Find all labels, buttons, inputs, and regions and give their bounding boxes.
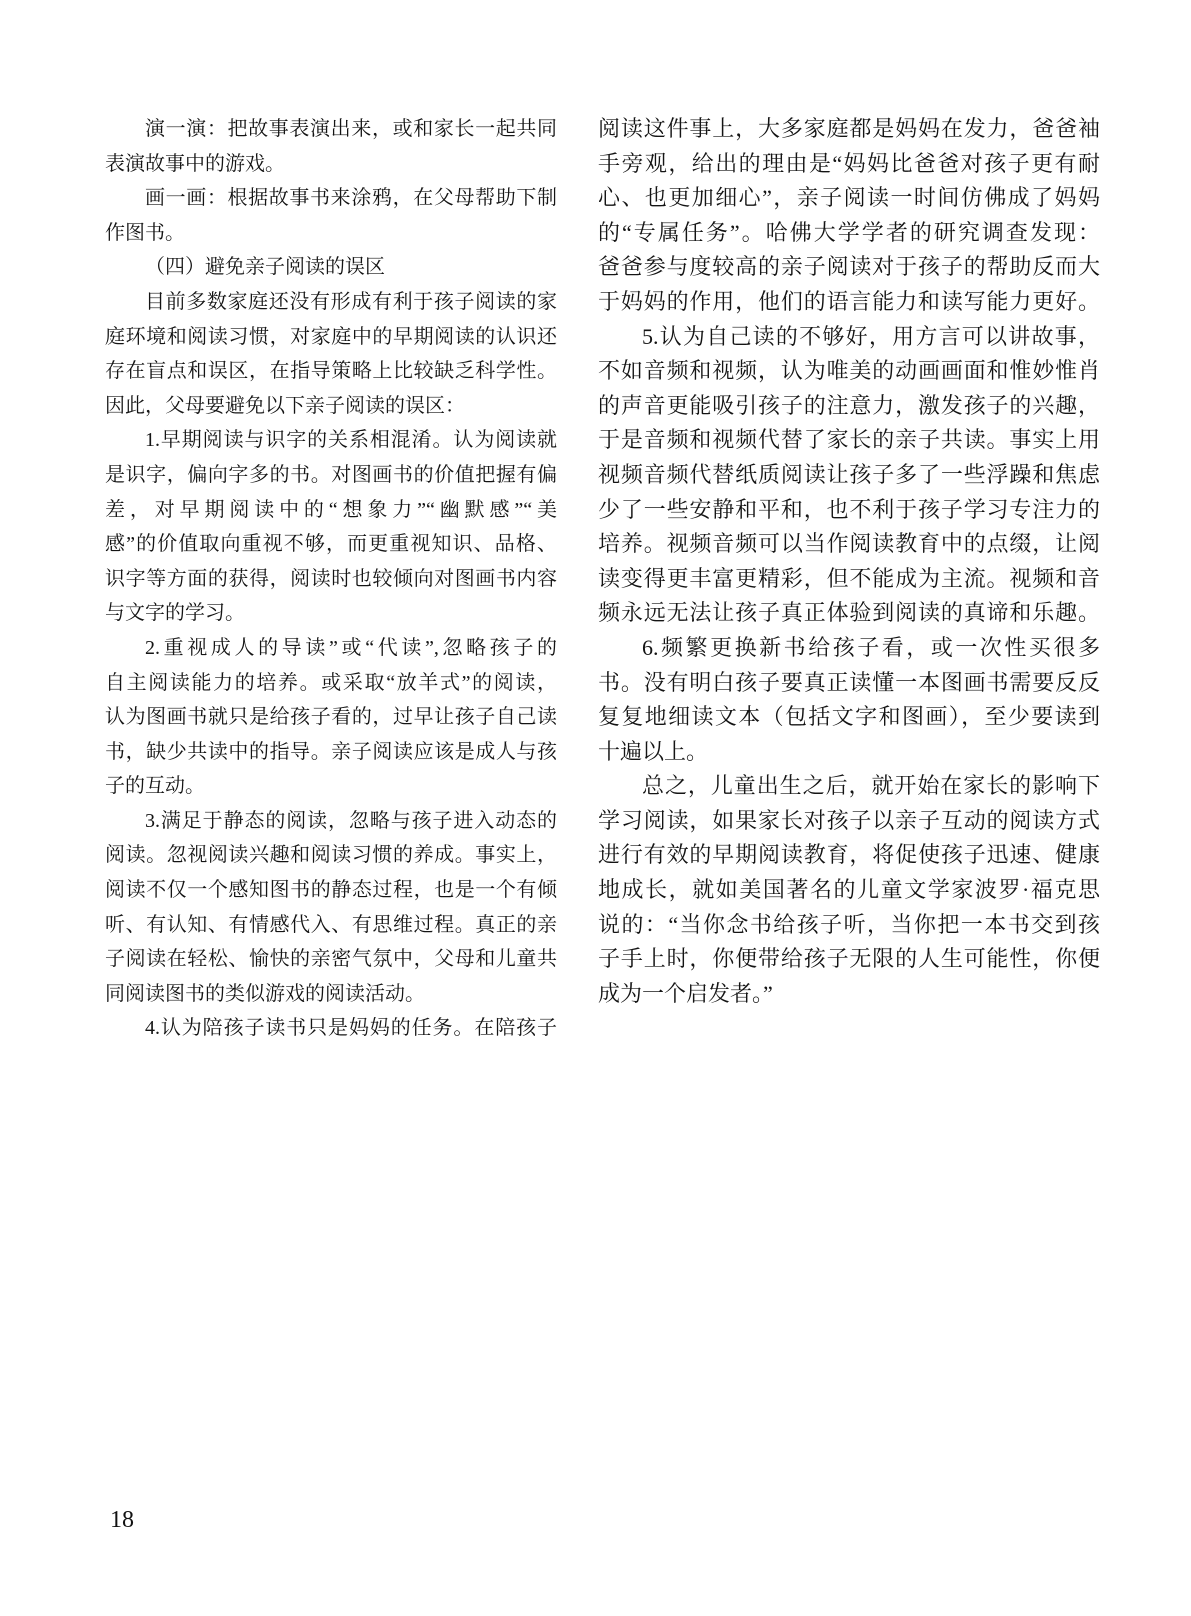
text-line: 差，对早期阅读中的“想象力”“幽默感”“美 [105,493,557,528]
text-line: 总之，儿童出生之后，就开始在家长的影响下 [598,769,1100,804]
text-line: 爸爸参与度较高的亲子阅读对于孩子的帮助反而大 [598,250,1100,285]
text-line: 听、有认知、有情感代入、有思维过程。真正的亲 [105,908,557,943]
text-column-left: 演一演：把故事表演出来，或和家长一起共同表演故事中的游戏。画一画：根据故事书来涂… [105,112,557,1046]
text-line: 频永远无法让孩子真正体验到阅读的真谛和乐趣。 [598,596,1100,631]
text-line: 因此，父母要避免以下亲子阅读的误区： [105,389,557,424]
text-line: 少了一些安静和平和，也不利于孩子学习专注力的 [598,493,1100,528]
text-column-right: 阅读这件事上，大多家庭都是妈妈在发力，爸爸袖手旁观，给出的理由是“妈妈比爸爸对孩… [598,112,1100,1011]
text-line: 1.早期阅读与识字的关系相混淆。认为阅读就 [105,423,557,458]
text-line: 画一画：根据故事书来涂鸦，在父母帮助下制 [105,181,557,216]
text-line: 存在盲点和误区，在指导策略上比较缺乏科学性。 [105,354,557,389]
text-line: 3.满足于静态的阅读，忽略与孩子进入动态的 [105,804,557,839]
text-line: 演一演：把故事表演出来，或和家长一起共同 [105,112,557,147]
text-line: 十遍以上。 [598,735,1100,770]
text-line: 进行有效的早期阅读教育，将促使孩子迅速、健康 [598,838,1100,873]
text-line: 庭环境和阅读习惯，对家庭中的早期阅读的认识还 [105,320,557,355]
text-line: 子手上时，你便带给孩子无限的人生可能性，你便 [598,942,1100,977]
text-line: 培养。视频音频可以当作阅读教育中的点缀，让阅 [598,527,1100,562]
text-line: 6.频繁更换新书给孩子看，或一次性买很多 [598,631,1100,666]
text-line: 阅读这件事上，大多家庭都是妈妈在发力，爸爸袖 [598,112,1100,147]
text-line: 目前多数家庭还没有形成有利于孩子阅读的家 [105,285,557,320]
text-line: 4.认为陪孩子读书只是妈妈的任务。在陪孩子 [105,1011,557,1046]
document-page: 演一演：把故事表演出来，或和家长一起共同表演故事中的游戏。画一画：根据故事书来涂… [0,0,1191,1616]
text-line: 自主阅读能力的培养。或采取“放羊式”的阅读， [105,666,557,701]
text-line: 阅读不仅一个感知图书的静态过程，也是一个有倾 [105,873,557,908]
text-line: 子阅读在轻松、愉快的亲密气氛中，父母和儿童共 [105,942,557,977]
text-line: 同阅读图书的类似游戏的阅读活动。 [105,977,557,1012]
text-line: 是识字，偏向字多的书。对图画书的价值把握有偏 [105,458,557,493]
text-line: 子的互动。 [105,769,557,804]
text-line: 不如音频和视频，认为唯美的动画画面和惟妙惟肖 [598,354,1100,389]
text-line: 的“专属任务”。哈佛大学学者的研究调查发现： [598,216,1100,251]
page-number: 18 [110,1505,134,1535]
text-line: 书，缺少共读中的指导。亲子阅读应该是成人与孩 [105,735,557,770]
text-line: 2.重视成人的导读”或“代读”,忽略孩子的 [105,631,557,666]
text-line: 识字等方面的获得，阅读时也较倾向对图画书内容 [105,562,557,597]
text-line: 说的：“当你念书给孩子听，当你把一本书交到孩 [598,908,1100,943]
text-line: 于是音频和视频代替了家长的亲子共读。事实上用 [598,423,1100,458]
text-line: 感”的价值取向重视不够，而更重视知识、品格、 [105,527,557,562]
text-line: 心、也更加细心”，亲子阅读一时间仿佛成了妈妈 [598,181,1100,216]
text-line: 于妈妈的作用，他们的语言能力和读写能力更好。 [598,285,1100,320]
text-line: 复复地细读文本（包括文字和图画），至少要读到 [598,700,1100,735]
text-line: 的声音更能吸引孩子的注意力，激发孩子的兴趣， [598,389,1100,424]
text-line: 地成长，就如美国著名的儿童文学家波罗·福克思 [598,873,1100,908]
text-line: 成为一个启发者。” [598,977,1100,1012]
text-line: 认为图画书就只是给孩子看的，过早让孩子自己读 [105,700,557,735]
text-line: 读变得更丰富更精彩，但不能成为主流。视频和音 [598,562,1100,597]
text-line: 视频音频代替纸质阅读让孩子多了一些浮躁和焦虑 [598,458,1100,493]
text-line: 表演故事中的游戏。 [105,147,557,182]
text-line: 作图书。 [105,216,557,251]
text-line: 手旁观，给出的理由是“妈妈比爸爸对孩子更有耐 [598,147,1100,182]
text-line: 与文字的学习。 [105,596,557,631]
text-line: （四）避免亲子阅读的误区 [105,250,557,285]
text-line: 5.认为自己读的不够好，用方言可以讲故事， [598,320,1100,355]
text-line: 学习阅读，如果家长对孩子以亲子互动的阅读方式 [598,804,1100,839]
text-line: 书。没有明白孩子要真正读懂一本图画书需要反反 [598,666,1100,701]
text-line: 阅读。忽视阅读兴趣和阅读习惯的养成。事实上， [105,838,557,873]
